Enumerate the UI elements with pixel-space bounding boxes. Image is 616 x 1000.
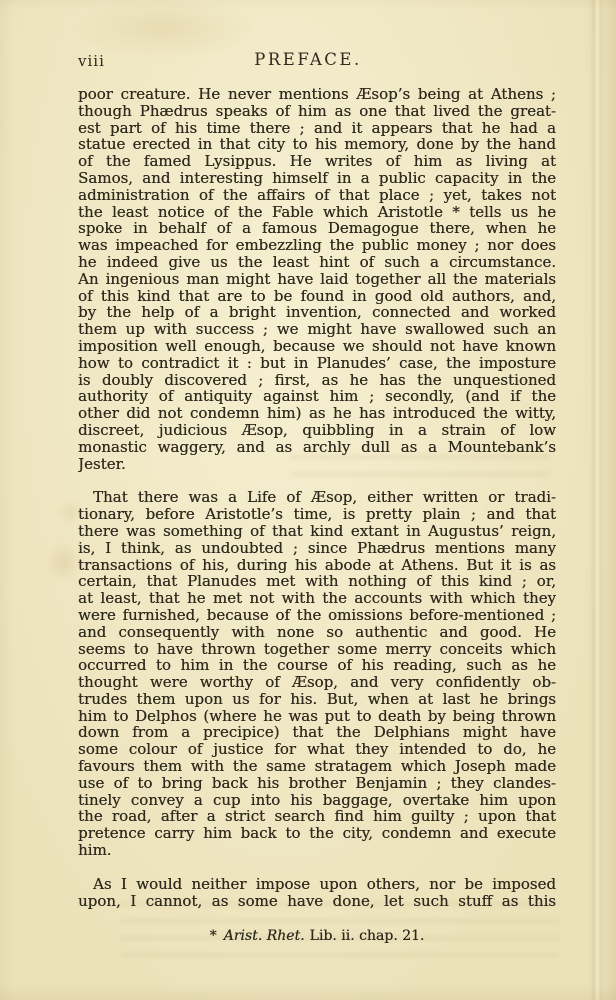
text-line: Jester. [78,456,556,473]
text-line: use of to bring back his brother Benjami… [78,775,556,792]
paragraph: poor creature. He never mentions Æsop’s … [78,86,556,472]
text-line: the least notice of the Fable which Aris… [78,204,556,221]
text-line: at least, that he met not with the accou… [78,590,556,607]
text-line: some colour of justice for what they int… [78,741,556,758]
text-line: by the help of a bright invention, conne… [78,304,556,321]
text-line: favours them with the same stratagem whi… [78,758,556,775]
text-line: there was something of that kind extant … [78,523,556,540]
footnote-marker: * [210,928,217,944]
text-line: he indeed give us the least hint of such… [78,254,556,271]
text-line: occurred to him in the course of his rea… [78,657,556,674]
text-line: monastic waggery, and as archly dull as … [78,439,556,456]
text-line: trudes them upon us for his. But, when a… [78,691,556,708]
text-line: them up with success ; we might have swa… [78,321,556,338]
text-line: pretence carry him back to the city, con… [78,825,556,842]
book-page: viii PREFACE. poor creature. He never me… [0,0,616,1000]
text-line: transactions of his, during his abode at… [78,557,556,574]
text-line: authority of antiquity against him ; sec… [78,388,556,405]
text-line: him. [78,842,556,859]
text-line: That there was a Life of Æsop, either wr… [78,489,556,506]
text-line: was impeached for embezzling the public … [78,237,556,254]
text-line: is doubly discovered ; first, as he has … [78,372,556,389]
text-line: certain, that Planudes met with nothing … [78,573,556,590]
text-line: statue erected in that city to his memor… [78,136,556,153]
text-line: thought were worthy of Æsop, and very co… [78,674,556,691]
page-crease [590,0,604,1000]
text-line: imposition well enough, because we shoul… [78,338,556,355]
text-line: him to Delphos (where he was put to deat… [78,708,556,725]
text-line: administration of the affairs of that pl… [78,187,556,204]
text-line: were furnished, because of the omissions… [78,607,556,624]
text-line: poor creature. He never mentions Æsop’s … [78,86,556,103]
footnote: *Arist. Rhet.Lib. ii. chap. 21. [78,928,556,944]
text-line: down from a precipice) that the Delphian… [78,724,556,741]
text-line: spoke in behalf of a famous Demagogue th… [78,220,556,237]
text-line: the road, after a strict search find him… [78,808,556,825]
paragraph: That there was a Life of Æsop, either wr… [78,489,556,859]
footnote-source: Arist. Rhet. [224,928,305,944]
text-line: tionary, before Aristotle’s time, is pre… [78,506,556,523]
paragraph: As I would neither impose upon others, n… [78,876,556,910]
text-line: As I would neither impose upon others, n… [78,876,556,893]
text-line: upon, I cannot, as some have done, let s… [78,893,556,910]
text-line: discreet, judicious Æsop, quibbling in a… [78,422,556,439]
footnote-citation: Lib. ii. chap. 21. [310,928,425,944]
text-line: seems to have thrown together some merry… [78,641,556,658]
text-line: An ingenious man might have laid togethe… [78,271,556,288]
text-line: though Phædrus speaks of him as one that… [78,103,556,120]
text-block: poor creature. He never mentions Æsop’s … [78,86,556,909]
text-line: and consequently with none so authentic … [78,624,556,641]
text-line: Samos, and interesting himself in a publ… [78,170,556,187]
text-line: is, I think, as undoubted ; since Phædru… [78,540,556,557]
text-line: of the famed Lysippus. He writes of him … [78,153,556,170]
page-header: viii PREFACE. [0,50,616,69]
text-line: of this kind that are to be found in goo… [78,288,556,305]
text-line: tinely convey a cup into his baggage, ov… [78,792,556,809]
text-line: how to contradict it : but in Planudes’ … [78,355,556,372]
folio-page-number: viii [78,52,105,70]
text-line: est part of his time there ; and it appe… [78,120,556,137]
text-line: other did not condemn him) as he has int… [78,405,556,422]
